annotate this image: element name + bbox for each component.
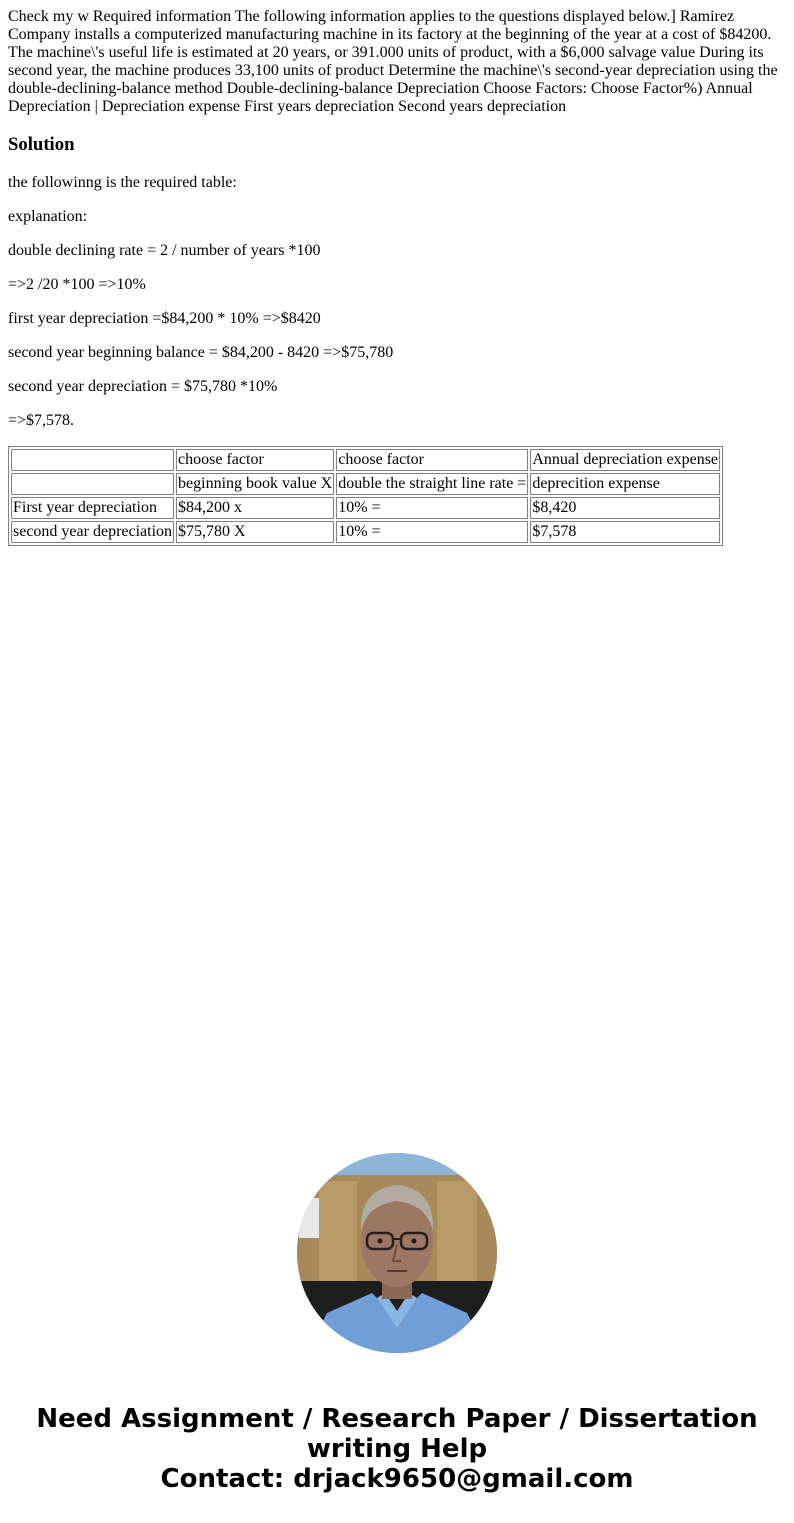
promo-line: writing Help	[0, 1434, 794, 1464]
solution-heading: Solution	[8, 134, 786, 156]
promo-banner: Need Assignment / Research Paper / Disse…	[0, 1404, 794, 1494]
table-cell: $75,780 X	[176, 521, 334, 543]
table-cell: second year depreciation	[11, 521, 174, 543]
solution-step: =>2 /20 *100 =>10%	[8, 276, 786, 294]
table-cell: $7,578	[530, 521, 720, 543]
solution-step: =>$7,578.	[8, 412, 786, 430]
table-row: First year depreciation $84,200 x 10% = …	[11, 497, 720, 519]
solution-step: double declining rate = 2 / number of ye…	[8, 242, 786, 260]
table-cell: beginning book value X	[176, 473, 334, 495]
table-cell	[11, 449, 174, 471]
table-cell: 10% =	[336, 497, 528, 519]
table-cell: $84,200 x	[176, 497, 334, 519]
table-row: beginning book value X double the straig…	[11, 473, 720, 495]
solution-step: second year beginning balance = $84,200 …	[8, 344, 786, 362]
solution-step: the followinng is the required table:	[8, 174, 786, 192]
table-cell: double the straight line rate =	[336, 473, 528, 495]
contact-email: Contact: drjack9650@gmail.com	[0, 1464, 794, 1494]
table-row: second year depreciation $75,780 X 10% =…	[11, 521, 720, 543]
table-cell: First year depreciation	[11, 497, 174, 519]
table-cell: choose factor	[176, 449, 334, 471]
table-cell: deprecition expense	[530, 473, 720, 495]
table-row: choose factor choose factor Annual depre…	[11, 449, 720, 471]
author-avatar	[297, 1153, 497, 1353]
document-content: Check my w Required information The foll…	[0, 0, 794, 546]
solution-step: explanation:	[8, 208, 786, 226]
table-cell: Annual depreciation expense	[530, 449, 720, 471]
question-text: Check my w Required information The foll…	[8, 8, 786, 116]
table-cell: $8,420	[530, 497, 720, 519]
solution-step: second year depreciation = $75,780 *10%	[8, 378, 786, 396]
table-cell	[11, 473, 174, 495]
portrait-image	[297, 1153, 497, 1353]
table-cell: 10% =	[336, 521, 528, 543]
promo-line: Need Assignment / Research Paper / Disse…	[0, 1404, 794, 1434]
depreciation-table: choose factor choose factor Annual depre…	[8, 446, 723, 546]
table-cell: choose factor	[336, 449, 528, 471]
solution-step: first year depreciation =$84,200 * 10% =…	[8, 310, 786, 328]
